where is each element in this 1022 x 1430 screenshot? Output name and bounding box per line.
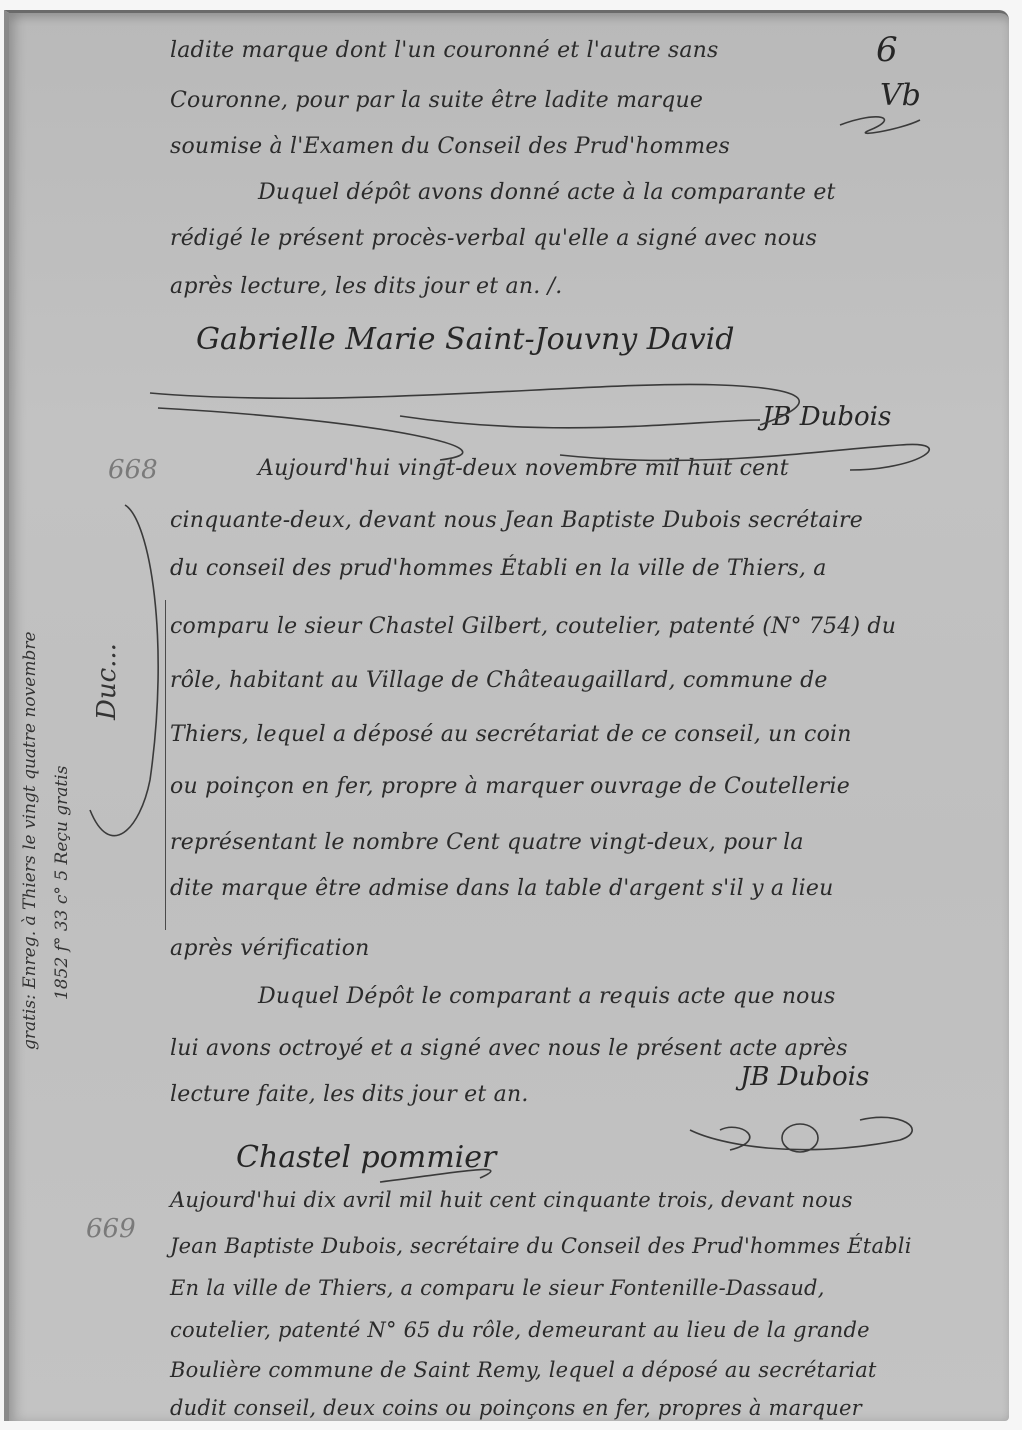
signature-comparante: Gabrielle Marie Saint-Jouvny David [196,322,734,357]
text-line: Duquel dépôt avons donné acte à la compa… [258,180,836,205]
text-line: dite marque être admise dans la table d'… [170,876,833,901]
text-line: Duquel Dépôt le comparant a requis acte … [258,984,836,1009]
text-line: Boulière commune de Saint Remy, lequel a… [170,1358,877,1382]
signature-secretary: JB Dubois [740,1062,869,1092]
paraph-mark: Vb [880,78,921,113]
scan-frame: 6 Vb ladite marque dont l'un couronné et… [0,0,1022,1430]
text-line: après vérification [170,936,370,961]
text-line: du conseil des prud'hommes Établi en la … [170,556,827,581]
text-line: Thiers, lequel a déposé au secrétariat d… [170,722,852,747]
text-line: représentant le nombre Cent quatre vingt… [170,830,804,855]
margin-rule [165,600,166,930]
text-line: soumise à l'Examen du Conseil des Prud'h… [170,134,730,159]
text-line: cinquante-deux, devant nous Jean Baptist… [170,508,863,533]
text-line: après lecture, les dits jour et an. /. [170,274,562,299]
text-line: coutelier, patenté N° 65 du rôle, demeur… [170,1318,870,1342]
entry-number: 669 [86,1214,136,1244]
margin-note-registration: gratis: Enreg. à Thiers le vingt quatre … [20,631,40,1050]
margin-signature: Duc... [92,643,122,720]
page-number: 6 [876,30,898,70]
text-line: ladite marque dont l'un couronné et l'au… [170,38,719,63]
text-line: ou poinçon en fer, propre à marquer ouvr… [170,774,850,799]
text-line: Aujourd'hui vingt-deux novembre mil huit… [258,456,789,481]
text-line: rédigé le présent procès-verbal qu'elle … [170,226,817,251]
text-line: dudit conseil, deux coins ou poinçons en… [170,1396,862,1420]
text-line: lecture faite, les dits jour et an. [170,1082,529,1107]
text-line: En la ville de Thiers, a comparu le sieu… [170,1276,825,1300]
signature-comparant: Chastel pommier [236,1140,496,1175]
margin-note-registration-date: 1852 f° 33 c° 5 Reçu gratis [52,766,72,1000]
text-line: Couronne, pour par la suite être ladite … [170,88,703,113]
text-line: comparu le sieur Chastel Gilbert, coutel… [170,614,896,639]
text-line: rôle, habitant au Village de Châteaugail… [170,668,828,693]
text-line: Jean Baptiste Dubois, secrétaire du Cons… [170,1234,912,1258]
text-line: Aujourd'hui dix avril mil huit cent cinq… [170,1188,853,1212]
entry-number: 668 [108,455,158,485]
text-line: lui avons octroyé et a signé avec nous l… [170,1036,848,1061]
signature-secretary: JB Dubois [762,402,891,432]
